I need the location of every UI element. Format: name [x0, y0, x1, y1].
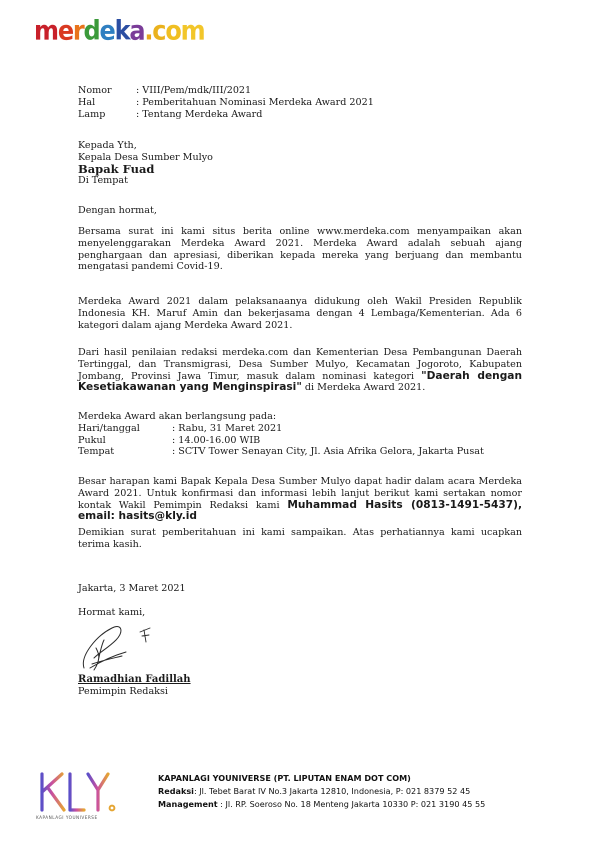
event-label: Pukul — [78, 435, 172, 447]
management-address: Management : Jl. RP. Soeroso No. 18 Ment… — [158, 798, 485, 811]
event-value: : 14.00-16.00 WIB — [172, 435, 260, 447]
meta-nomor: Nomor : VIII/Pem/mdk/III/2021 — [78, 85, 374, 97]
paragraph-support: Merdeka Award 2021 dalam pelaksanaanya d… — [78, 296, 522, 331]
event-value: : Rabu, 31 Maret 2021 — [172, 423, 282, 435]
greeting: Dengan hormat, — [78, 205, 157, 217]
event-value: : SCTV Tower Senayan City, Jl. Asia Afri… — [172, 446, 484, 458]
meta-label: Nomor — [78, 85, 136, 97]
meta-lamp: Lamp : Tentang Merdeka Award — [78, 109, 374, 121]
logo-letter: k — [115, 14, 130, 47]
event-details: Merdeka Award akan berlangsung pada: Har… — [78, 411, 484, 458]
paragraph-closing: Demikian surat pemberitahuan ini kami sa… — [78, 527, 522, 551]
nomination-suffix: di Merdeka Award 2021. — [302, 382, 425, 393]
signature-icon — [78, 618, 178, 674]
logo-letter: r — [73, 14, 84, 47]
logo-letter: o — [165, 14, 180, 47]
management-value: : Jl. RP. Soeroso No. 18 Menteng Jakarta… — [218, 799, 486, 809]
meta-value: : VIII/Pem/mdk/III/2021 — [136, 85, 251, 97]
recipient-salutation: Kepada Yth, — [78, 140, 213, 152]
logo-letter: a — [129, 14, 144, 47]
paragraph-nomination: Dari hasil penilaian redaksi merdeka.com… — [78, 347, 522, 394]
letter-meta: Nomor : VIII/Pem/mdk/III/2021 Hal : Pemb… — [78, 85, 374, 120]
management-label: Management — [158, 799, 218, 809]
meta-value: : Pemberitahuan Nominasi Merdeka Award 2… — [136, 97, 374, 109]
signer-title: Pemimpin Redaksi — [78, 686, 191, 698]
signer-block: Ramadhian Fadillah Pemimpin Redaksi — [78, 674, 191, 698]
logo-letter: m — [34, 14, 58, 47]
recipient-place: Di Tempat — [78, 175, 213, 187]
logo-letter: d — [84, 14, 100, 47]
meta-label: Hal — [78, 97, 136, 109]
recipient-block: Kepada Yth, Kepala Desa Sumber Mulyo Bap… — [78, 140, 213, 187]
logo-letter: c — [152, 14, 165, 47]
redaksi-value: : Jl. Tebet Barat IV No.3 Jakarta 12810,… — [194, 786, 470, 796]
company-footer: KAPANLAGI YOUNIVERSE (PT. LIPUTAN ENAM D… — [158, 772, 485, 811]
event-row-date: Hari/tanggal : Rabu, 31 Maret 2021 — [78, 423, 484, 435]
company-name: KAPANLAGI YOUNIVERSE (PT. LIPUTAN ENAM D… — [158, 772, 485, 785]
kly-tagline: KAPANLAGI YOUNIVERSE — [36, 815, 98, 820]
event-row-place: Tempat : SCTV Tower Senayan City, Jl. As… — [78, 446, 484, 458]
logo-letter: m — [181, 14, 205, 47]
meta-value: : Tentang Merdeka Award — [136, 109, 262, 121]
logo-letter: e — [100, 14, 115, 47]
recipient-name: Bapak Fuad — [78, 164, 213, 176]
signer-name: Ramadhian Fadillah — [78, 674, 191, 686]
paragraph-invitation: Besar harapan kami Bapak Kepala Desa Sum… — [78, 476, 522, 523]
event-label: Hari/tanggal — [78, 423, 172, 435]
redaksi-address: Redaksi: Jl. Tebet Barat IV No.3 Jakarta… — [158, 785, 485, 798]
redaksi-label: Redaksi — [158, 786, 194, 796]
event-row-time: Pukul : 14.00-16.00 WIB — [78, 435, 484, 447]
meta-hal: Hal : Pemberitahuan Nominasi Merdeka Awa… — [78, 97, 374, 109]
logo-letter: . — [144, 14, 152, 47]
event-label: Tempat — [78, 446, 172, 458]
paragraph-intro: Bersama surat ini kami situs berita onli… — [78, 226, 522, 273]
merdeka-logo: merdeka.com — [34, 14, 204, 47]
place-date: Jakarta, 3 Maret 2021 — [78, 583, 186, 595]
event-intro: Merdeka Award akan berlangsung pada: — [78, 411, 484, 423]
logo-letter: e — [58, 14, 73, 47]
meta-label: Lamp — [78, 109, 136, 121]
